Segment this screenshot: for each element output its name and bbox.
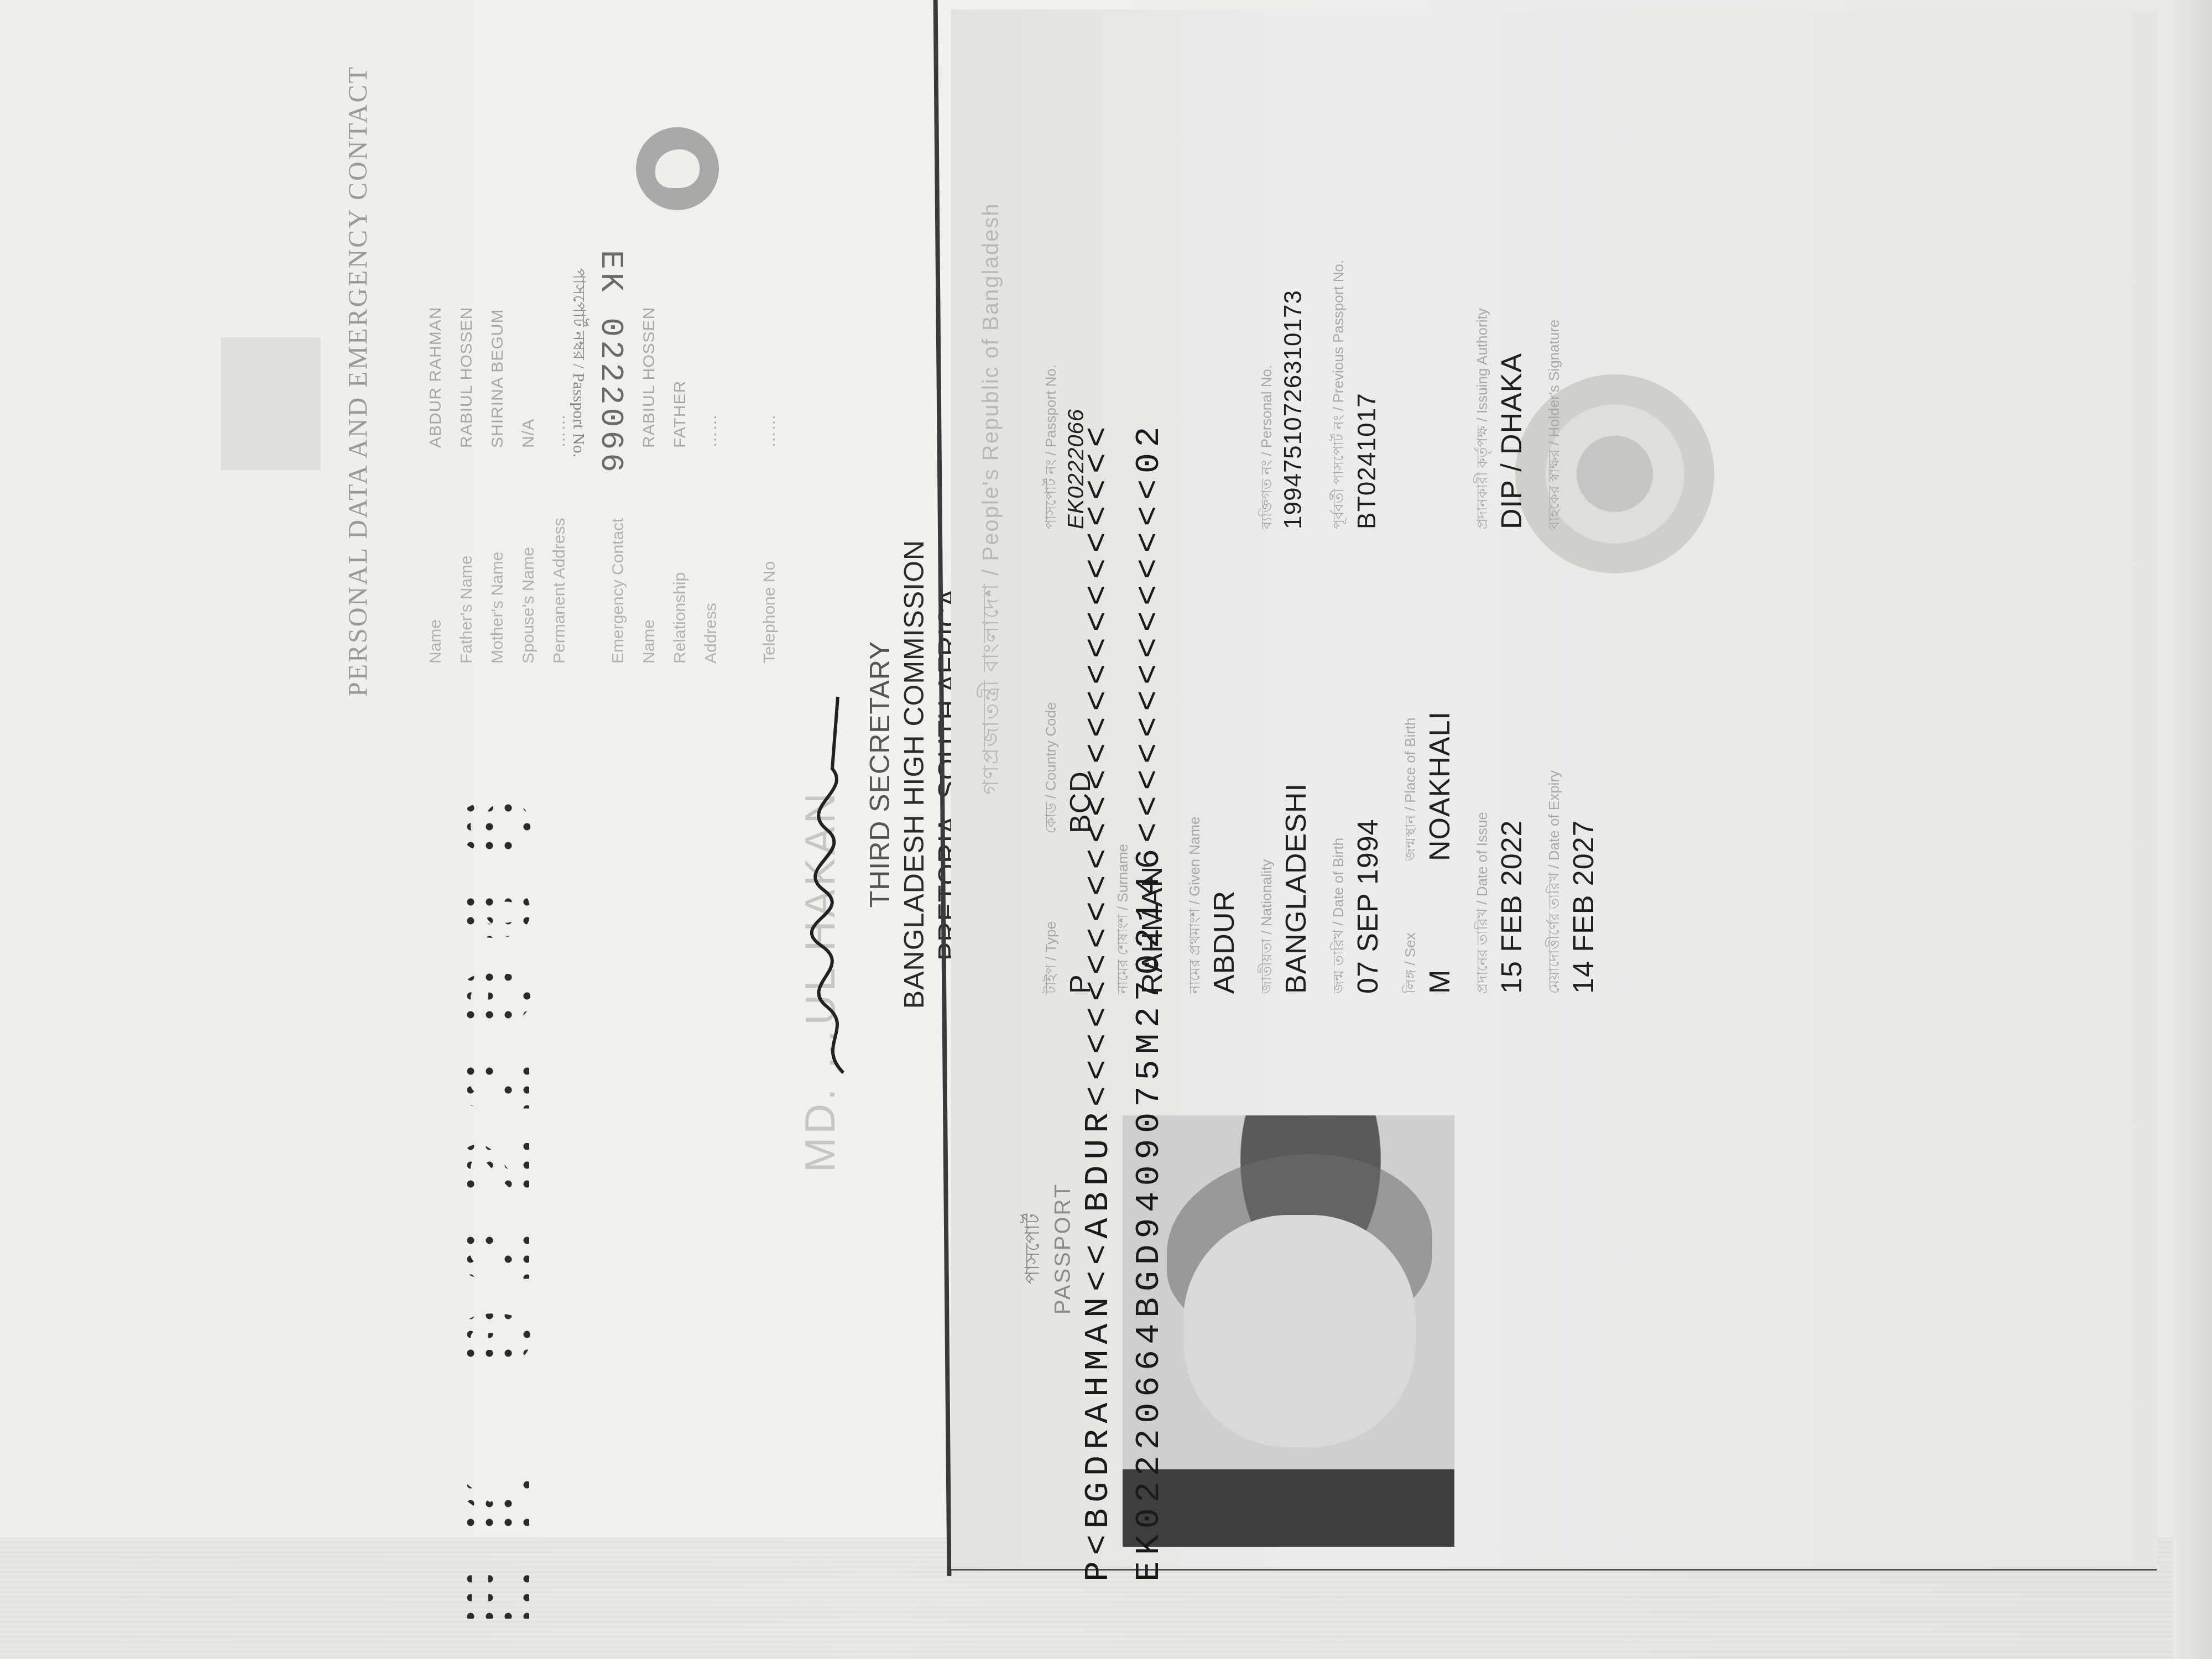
passport-number-upside-down: EK 0222066 [592, 250, 628, 476]
grey-patch [221, 337, 321, 470]
section-title: PERSONAL DATA AND EMERGENCY CONTACT [343, 65, 373, 697]
pd-label: Permanent Address [550, 481, 569, 664]
field-label: প্রদানকারী কর্তৃপক্ষ / Issuing Authority [1471, 308, 1495, 529]
field-label: প্রদানের তারিখ / Date of Issue [1471, 812, 1495, 994]
pd-label: Relationship [671, 481, 690, 664]
field-value: ABDUR [1208, 817, 1241, 994]
pd-value: ABDUR RAHMAN [426, 307, 445, 448]
pd-value: SHIRINA BEGUM [488, 309, 507, 448]
mrz-line-1: P<BGDRAHMAN<<ABDUR<<<<<<<<<<<<<<<<<<<<<<… [1073, 421, 1124, 1582]
field-label: ব্যক্তিগত নং / Personal No. [1255, 290, 1280, 529]
pd-row: NameRABIUL HOSSEN [634, 0, 665, 664]
field-given-name: নামের প্রথমাংশ / Given Name ABDUR [1183, 817, 1241, 994]
field-label: লিঙ্গ / Sex [1399, 932, 1423, 994]
field-label: নামের প্রথমাংশ / Given Name [1183, 817, 1208, 994]
field-value: BANGLADESHI [1280, 783, 1313, 994]
pd-row: Telephone No…… [754, 0, 785, 664]
passport-number-label: পাসপোর্ট নম্বর / Passport No. [564, 250, 592, 476]
emblem-icon [636, 127, 719, 210]
field-date-of-issue: প্রদানের তারিখ / Date of Issue 15 FEB 20… [1471, 812, 1528, 994]
field-label: পূর্ববর্তী পাসপোর্ট নং / Previous Passpo… [1327, 260, 1352, 529]
field-value: NOAKHALI [1423, 711, 1457, 861]
endorsement-title: THIRD SECRETARY [863, 387, 897, 1161]
field-label: বাহকের স্বাক্ষর / Holder's Signature [1543, 320, 1567, 529]
pd-value: N/A [519, 419, 538, 448]
field-value: 19947510726310173 [1280, 290, 1307, 529]
field-holder-signature: বাহকের স্বাক্ষর / Holder's Signature [1543, 320, 1567, 529]
passport-heading-bn: পাসপোর্ট [1018, 1183, 1051, 1314]
passport-heading: পাসপোর্ট PASSPORT [1018, 1183, 1076, 1314]
field-value: 15 FEB 2022 [1495, 812, 1528, 994]
pd-row: Mother's NameSHIRINA BEGUM [482, 0, 513, 664]
field-nationality: জাতীয়তা / Nationality BANGLADESHI [1255, 783, 1313, 994]
field-personal-no: ব্যক্তিগত নং / Personal No. 199475107263… [1255, 290, 1307, 529]
endorsement-office: BANGLADESH HIGH COMMISSION [897, 387, 931, 1161]
pd-value: RABIUL HOSSEN [640, 307, 659, 448]
passport-heading-en: PASSPORT [1051, 1183, 1076, 1314]
field-place-of-birth: জন্মস্থান / Place of Birth NOAKHALI [1399, 711, 1457, 861]
field-date-of-birth: জন্ম তারিখ / Date of Birth 07 SEP 1994 [1327, 818, 1385, 994]
perforated-passport-number: EK 0222066 [442, 774, 561, 1626]
field-date-of-expiry: মেয়াদোত্তীর্ণের তারিখ / Date of Expiry … [1543, 770, 1600, 994]
field-label: জাতীয়তা / Nationality [1255, 783, 1280, 994]
field-previous-passport: পূর্ববর্তী পাসপোর্ট নং / Previous Passpo… [1327, 260, 1381, 529]
field-value: DIP / DHAKA [1495, 308, 1528, 529]
pd-value: FATHER [671, 380, 690, 448]
country-header: গণপ্রজাতন্ত্রী বাংলাদেশ / People's Repub… [973, 203, 1010, 795]
field-sex: লিঙ্গ / Sex M [1399, 932, 1457, 994]
personal-data-page: PERSONAL DATA AND EMERGENCY CONTACT Name… [0, 0, 951, 1659]
field-label: জন্মস্থান / Place of Birth [1399, 711, 1423, 861]
pd-value: RABIUL HOSSEN [457, 307, 476, 448]
field-value: BT0241017 [1352, 260, 1381, 529]
passport-number-block: EK 0222066 পাসপোর্ট নম্বর / Passport No. [564, 250, 628, 476]
pd-label: Emergency Contact [609, 481, 628, 664]
pd-label: Mother's Name [488, 481, 507, 664]
pd-row: Address…… [696, 0, 727, 664]
field-label: পাসপোর্ট নং / Passport No. [1040, 364, 1064, 529]
pd-label: Name [426, 481, 445, 664]
field-label: কোড / Country Code [1040, 702, 1064, 833]
mrz-line-2: EK02220664BGD9409075M2702146<<<<<<<<<<<<… [1124, 421, 1175, 1582]
pd-row: Father's NameRABIUL HOSSEN [451, 0, 482, 664]
field-value: M [1423, 932, 1457, 994]
pd-value: …… [760, 414, 779, 448]
machine-readable-zone: P<BGDRAHMAN<<ABDUR<<<<<<<<<<<<<<<<<<<<<<… [1073, 421, 1175, 1582]
field-value: 07 SEP 1994 [1352, 818, 1385, 994]
pd-label: Telephone No [760, 481, 779, 664]
endorsement: THIRD SECRETARY BANGLADESH HIGH COMMISSI… [863, 387, 966, 1161]
pd-row: RelationshipFATHER [665, 0, 696, 664]
pd-row: NameABDUR RAHMAN [420, 0, 451, 664]
field-issuing-authority: প্রদানকারী কর্তৃপক্ষ / Issuing Authority… [1471, 308, 1528, 529]
field-value: 14 FEB 2027 [1567, 770, 1600, 994]
pd-value: …… [702, 414, 721, 448]
pd-label: Name [640, 481, 659, 664]
passport-spread: PERSONAL DATA AND EMERGENCY CONTACT Name… [0, 0, 2212, 1659]
field-label: জন্ম তারিখ / Date of Birth [1327, 818, 1352, 994]
pd-row: Spouse's NameN/A [513, 0, 544, 664]
pd-label: Address [702, 481, 721, 664]
field-label: টাইপ / Type [1040, 921, 1064, 994]
pd-label: Father's Name [457, 481, 476, 664]
field-label: মেয়াদোত্তীর্ণের তারিখ / Date of Expiry [1543, 770, 1567, 994]
signature-icon [810, 691, 860, 1078]
pd-label: Spouse's Name [519, 481, 538, 664]
